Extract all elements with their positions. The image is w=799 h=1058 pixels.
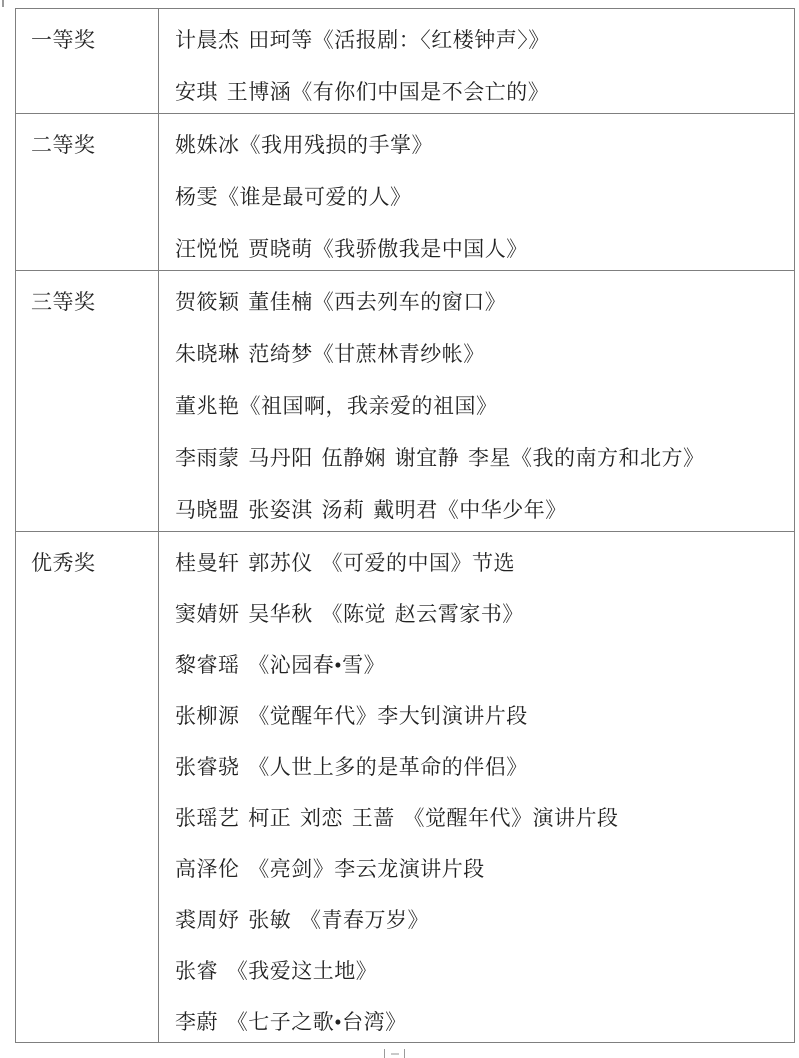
entry-line: 朱晓琳 范绮梦《甘蔗林青纱帐》 — [175, 323, 794, 375]
award-table: 一等奖 计晨杰 田珂等《活报剧：〈红楼钟声〉》安琪 王博涵《有你们中国是不会亡的… — [15, 8, 795, 1043]
entries-cell: 贺筱颖 董佳楠《西去列车的窗口》朱晓琳 范绮梦《甘蔗林青纱帐》董兆艳《祖国啊，我… — [159, 271, 794, 531]
entry-line: 张瑶艺 柯正 刘恋 王蔷 《觉醒年代》演讲片段 — [175, 787, 794, 838]
award-level-label: 优秀奖 — [31, 532, 158, 583]
page-margin-mark-top — [2, 0, 4, 7]
entry-line: 张睿 《我爱这土地》 — [175, 940, 794, 991]
table-row: 优秀奖 桂曼轩 郭苏仪 《可爱的中国》节选窦婧妍 吴华秋 《陈觉 赵云霄家书》黎… — [16, 531, 794, 1042]
award-level-cell: 二等奖 — [16, 114, 159, 270]
entry-line: 马晓盟 张姿淇 汤莉 戴明君《中华少年》 — [175, 479, 794, 531]
entry-line: 姚姝冰《我用残损的手掌》 — [175, 114, 794, 166]
entry-line: 杨雯《谁是最可爱的人》 — [175, 166, 794, 218]
entry-line: 李蔚 《七子之歌•台湾》 — [175, 991, 794, 1042]
next-page-table-fragment — [384, 1049, 405, 1058]
entry-line: 黎睿瑶 《沁园春•雪》 — [175, 634, 794, 685]
entry-line: 李雨蒙 马丹阳 伍静娴 谢宜静 李星《我的南方和北方》 — [175, 427, 794, 479]
entry-line: 裘周妤 张敏 《青春万岁》 — [175, 889, 794, 940]
entry-line: 窦婧妍 吴华秋 《陈觉 赵云霄家书》 — [175, 583, 794, 634]
entry-line: 张柳源 《觉醒年代》李大钊演讲片段 — [175, 685, 794, 736]
entry-line: 安琪 王博涵《有你们中国是不会亡的》 — [175, 61, 794, 113]
award-level-label: 一等奖 — [31, 9, 158, 61]
award-level-cell: 优秀奖 — [16, 532, 159, 1042]
entry-line: 桂曼轩 郭苏仪 《可爱的中国》节选 — [175, 532, 794, 583]
table-row: 三等奖 贺筱颖 董佳楠《西去列车的窗口》朱晓琳 范绮梦《甘蔗林青纱帐》董兆艳《祖… — [16, 270, 794, 531]
entry-line: 计晨杰 田珂等《活报剧：〈红楼钟声〉》 — [175, 9, 794, 61]
entries-cell: 计晨杰 田珂等《活报剧：〈红楼钟声〉》安琪 王博涵《有你们中国是不会亡的》 — [159, 9, 794, 113]
entry-line: 高泽伦 《亮剑》李云龙演讲片段 — [175, 838, 794, 889]
entry-line: 董兆艳《祖国啊，我亲爱的祖国》 — [175, 375, 794, 427]
entry-line: 汪悦悦 贾晓萌《我骄傲我是中国人》 — [175, 218, 794, 270]
entries-cell: 姚姝冰《我用残损的手掌》杨雯《谁是最可爱的人》汪悦悦 贾晓萌《我骄傲我是中国人》 — [159, 114, 794, 270]
award-level-cell: 一等奖 — [16, 9, 159, 113]
entries-cell: 桂曼轩 郭苏仪 《可爱的中国》节选窦婧妍 吴华秋 《陈觉 赵云霄家书》黎睿瑶 《… — [159, 532, 794, 1042]
entry-line: 贺筱颖 董佳楠《西去列车的窗口》 — [175, 271, 794, 323]
award-level-cell: 三等奖 — [16, 271, 159, 531]
award-level-label: 二等奖 — [31, 114, 158, 166]
table-row: 一等奖 计晨杰 田珂等《活报剧：〈红楼钟声〉》安琪 王博涵《有你们中国是不会亡的… — [16, 9, 794, 113]
award-level-label: 三等奖 — [31, 271, 158, 323]
table-row: 二等奖 姚姝冰《我用残损的手掌》杨雯《谁是最可爱的人》汪悦悦 贾晓萌《我骄傲我是… — [16, 113, 794, 270]
entry-line: 张睿骁 《人世上多的是革命的伴侣》 — [175, 736, 794, 787]
document-page: 一等奖 计晨杰 田珂等《活报剧：〈红楼钟声〉》安琪 王博涵《有你们中国是不会亡的… — [0, 0, 799, 1058]
